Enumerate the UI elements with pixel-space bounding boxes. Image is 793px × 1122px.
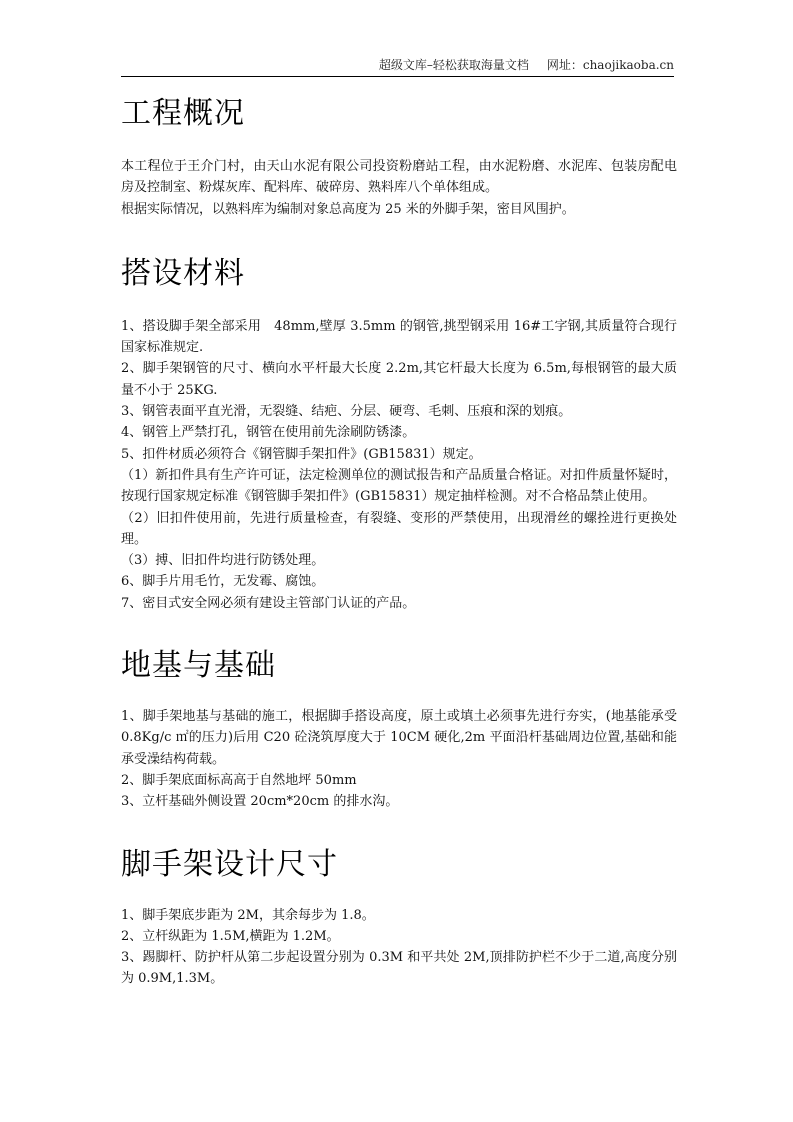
section-foundation: 地基与基础 1、脚手架地基与基础的施工，根据脚手搭设高度，原土或填土必须事先进行… <box>121 644 677 812</box>
paragraph: 1、脚手架底步距为 2M，其余每步为 1.8。 <box>121 905 677 926</box>
document-body: 工程概况 本工程位于王介门村，由天山水泥有限公司投资粉磨站工程，由水泥粉磨、水泥… <box>121 92 677 990</box>
section-erection-materials: 搭设材料 1、搭设脚手架全部采用 48mm,壁厚 3.5mm 的钢管,挑型钢采用… <box>121 252 677 614</box>
paragraph: 3、立杆基础外侧设置 20cm*20cm 的排水沟。 <box>121 791 677 812</box>
paragraph: 2、脚手架钢管的尺寸、横向水平杆最大长度 2.2m,其它杆最大长度为 6.5m,… <box>121 358 677 401</box>
section-title: 脚手架设计尺寸 <box>121 843 677 887</box>
paragraph: 3、踢脚杆、防护杆从第二步起设置分别为 0.3M 和平共处 2M,顶排防护栏不少… <box>121 947 677 990</box>
paragraph: 本工程位于王介门村，由天山水泥有限公司投资粉磨站工程，由水泥粉磨、水泥库、包装房… <box>121 156 677 199</box>
section-title: 搭设材料 <box>121 252 677 296</box>
paragraph: 4、钢管上严禁打孔，钢管在使用前先涂刷防锈漆。 <box>121 422 677 443</box>
paragraph: （1）新扣件具有生产许可证，法定检测单位的测试报告和产品质量合格证。对扣件质量怀… <box>121 465 677 508</box>
header-url: 网址：chaojikaoba.cn <box>547 58 674 72</box>
paragraph: 1、脚手架地基与基础的施工，根据脚手搭设高度，原土或填土必须事先进行夯实，(地基… <box>121 706 677 770</box>
page-header: 超级文库–轻松获取海量文档网址：chaojikaoba.cn <box>121 56 674 77</box>
paragraph: 根据实际情况，以熟料库为编制对象总高度为 25 米的外脚手架，密目风围护。 <box>121 199 677 220</box>
paragraph: （3）搏、旧扣件均进行防锈处理。 <box>121 550 677 571</box>
paragraph: 1、搭设脚手架全部采用 48mm,壁厚 3.5mm 的钢管,挑型钢采用 16#工… <box>121 316 677 359</box>
paragraph: 2、立杆纵距为 1.5M,横距为 1.2M。 <box>121 926 677 947</box>
section-title: 地基与基础 <box>121 644 677 688</box>
section-scaffold-dimensions: 脚手架设计尺寸 1、脚手架底步距为 2M，其余每步为 1.8。 2、立杆纵距为 … <box>121 843 677 990</box>
paragraph: 6、脚手片用毛竹，无发霉、腐蚀。 <box>121 571 677 592</box>
paragraph: 3、钢管表面平直光滑，无裂缝、结疤、分层、硬弯、毛刺、压痕和深的划痕。 <box>121 401 677 422</box>
paragraph: （2）旧扣件使用前，先进行质量检查，有裂缝、变形的严禁使用，出现滑丝的螺拴进行更… <box>121 508 677 551</box>
paragraph: 7、密目式安全网必须有建设主管部门认证的产品。 <box>121 593 677 614</box>
header-site-name: 超级文库–轻松获取海量文档 <box>379 58 529 72</box>
paragraph: 5、扣件材质必须符合《钢管脚手架扣件》(GB15831）规定。 <box>121 444 677 465</box>
paragraph: 2、脚手架底面标高高于自然地坪 50mm <box>121 770 677 791</box>
section-title: 工程概况 <box>121 92 677 136</box>
section-project-overview: 工程概况 本工程位于王介门村，由天山水泥有限公司投资粉磨站工程，由水泥粉磨、水泥… <box>121 92 677 220</box>
